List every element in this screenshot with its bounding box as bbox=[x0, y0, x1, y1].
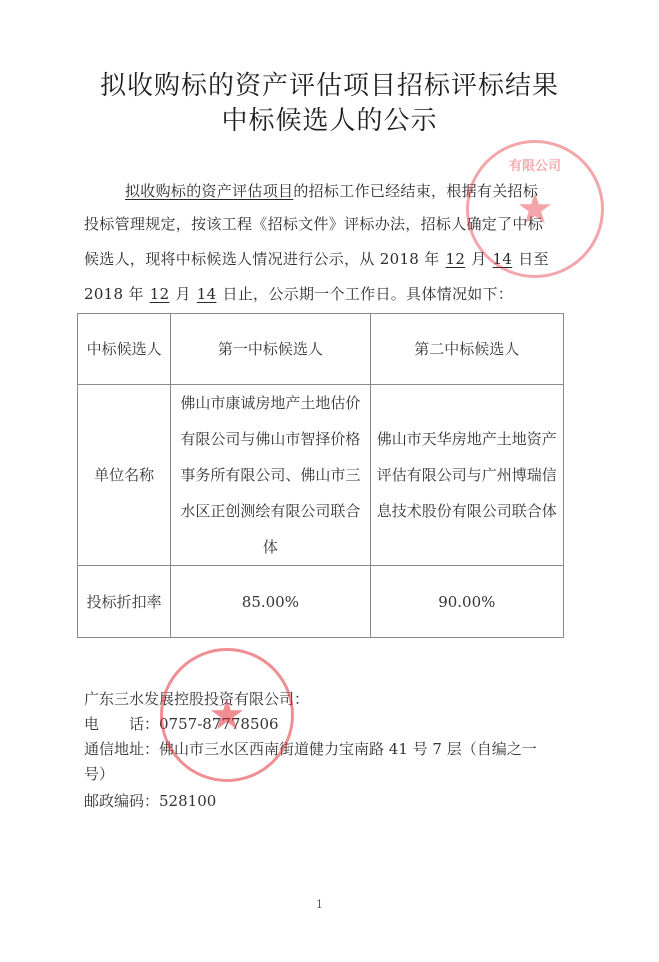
end-day: 14 bbox=[191, 285, 223, 303]
header-cell-label: 中标候选人 bbox=[78, 314, 171, 385]
end-month: 12 bbox=[144, 285, 176, 303]
company-seal-bottom: ★ bbox=[160, 648, 294, 782]
page-number: 1 bbox=[316, 898, 323, 911]
row-label: 单位名称 bbox=[78, 385, 171, 566]
intro-line-3: 候选人，现将中标候选人情况进行公示，从 2018 年12月14日至 bbox=[84, 248, 549, 269]
row-label: 投标折扣率 bbox=[78, 566, 171, 638]
first-candidate-name: 佛山市康诚房地产土地估价有限公司与佛山市智择价格事务所有限公司、佛山市三水区正创… bbox=[171, 385, 370, 566]
document-title-line1: 拟收购标的资产评估项目招标评标结果 bbox=[0, 65, 659, 102]
phone-label: 电 话： bbox=[84, 715, 159, 733]
company-seal-top: 有限公司 ★ bbox=[466, 140, 604, 278]
project-name: 拟收购标的资产评估项目 bbox=[125, 182, 293, 200]
star-icon: ★ bbox=[208, 694, 246, 736]
first-candidate-discount: 85.00% bbox=[171, 566, 370, 638]
postcode-value: 528100 bbox=[159, 792, 216, 810]
table-row: 投标折扣率 85.00% 90.00% bbox=[78, 566, 564, 638]
start-month: 12 bbox=[440, 250, 472, 268]
table-header-row: 中标候选人 第一中标候选人 第二中标候选人 bbox=[78, 314, 564, 385]
address-label: 通信地址： bbox=[84, 740, 159, 758]
table-row: 单位名称 佛山市康诚房地产土地估价有限公司与佛山市智择价格事务所有限公司、佛山市… bbox=[78, 385, 564, 566]
candidates-table: 中标候选人 第一中标候选人 第二中标候选人 单位名称 佛山市康诚房地产土地估价有… bbox=[77, 313, 564, 638]
postcode-label: 邮政编码： bbox=[84, 792, 159, 810]
header-cell-first: 第一中标候选人 bbox=[171, 314, 370, 385]
header-cell-second: 第二中标候选人 bbox=[370, 314, 563, 385]
second-candidate-discount: 90.00% bbox=[370, 566, 563, 638]
contact-postcode: 邮政编码：528100 bbox=[84, 790, 216, 811]
star-icon: ★ bbox=[516, 188, 554, 230]
contact-address: 通信地址：佛山市三水区西南街道健力宝南路 41 号 7 层（自编之一 bbox=[84, 738, 537, 759]
second-candidate-name: 佛山市天华房地产土地资产评估有限公司与广州博瑞信息技术股份有限公司联合体 bbox=[370, 385, 563, 566]
contact-address-line2: 号） bbox=[84, 763, 114, 784]
document-title-line2: 中标候选人的公示 bbox=[0, 100, 659, 137]
intro-line-4: 2018 年12月14日止，公示期一个工作日。具体情况如下： bbox=[84, 283, 513, 304]
